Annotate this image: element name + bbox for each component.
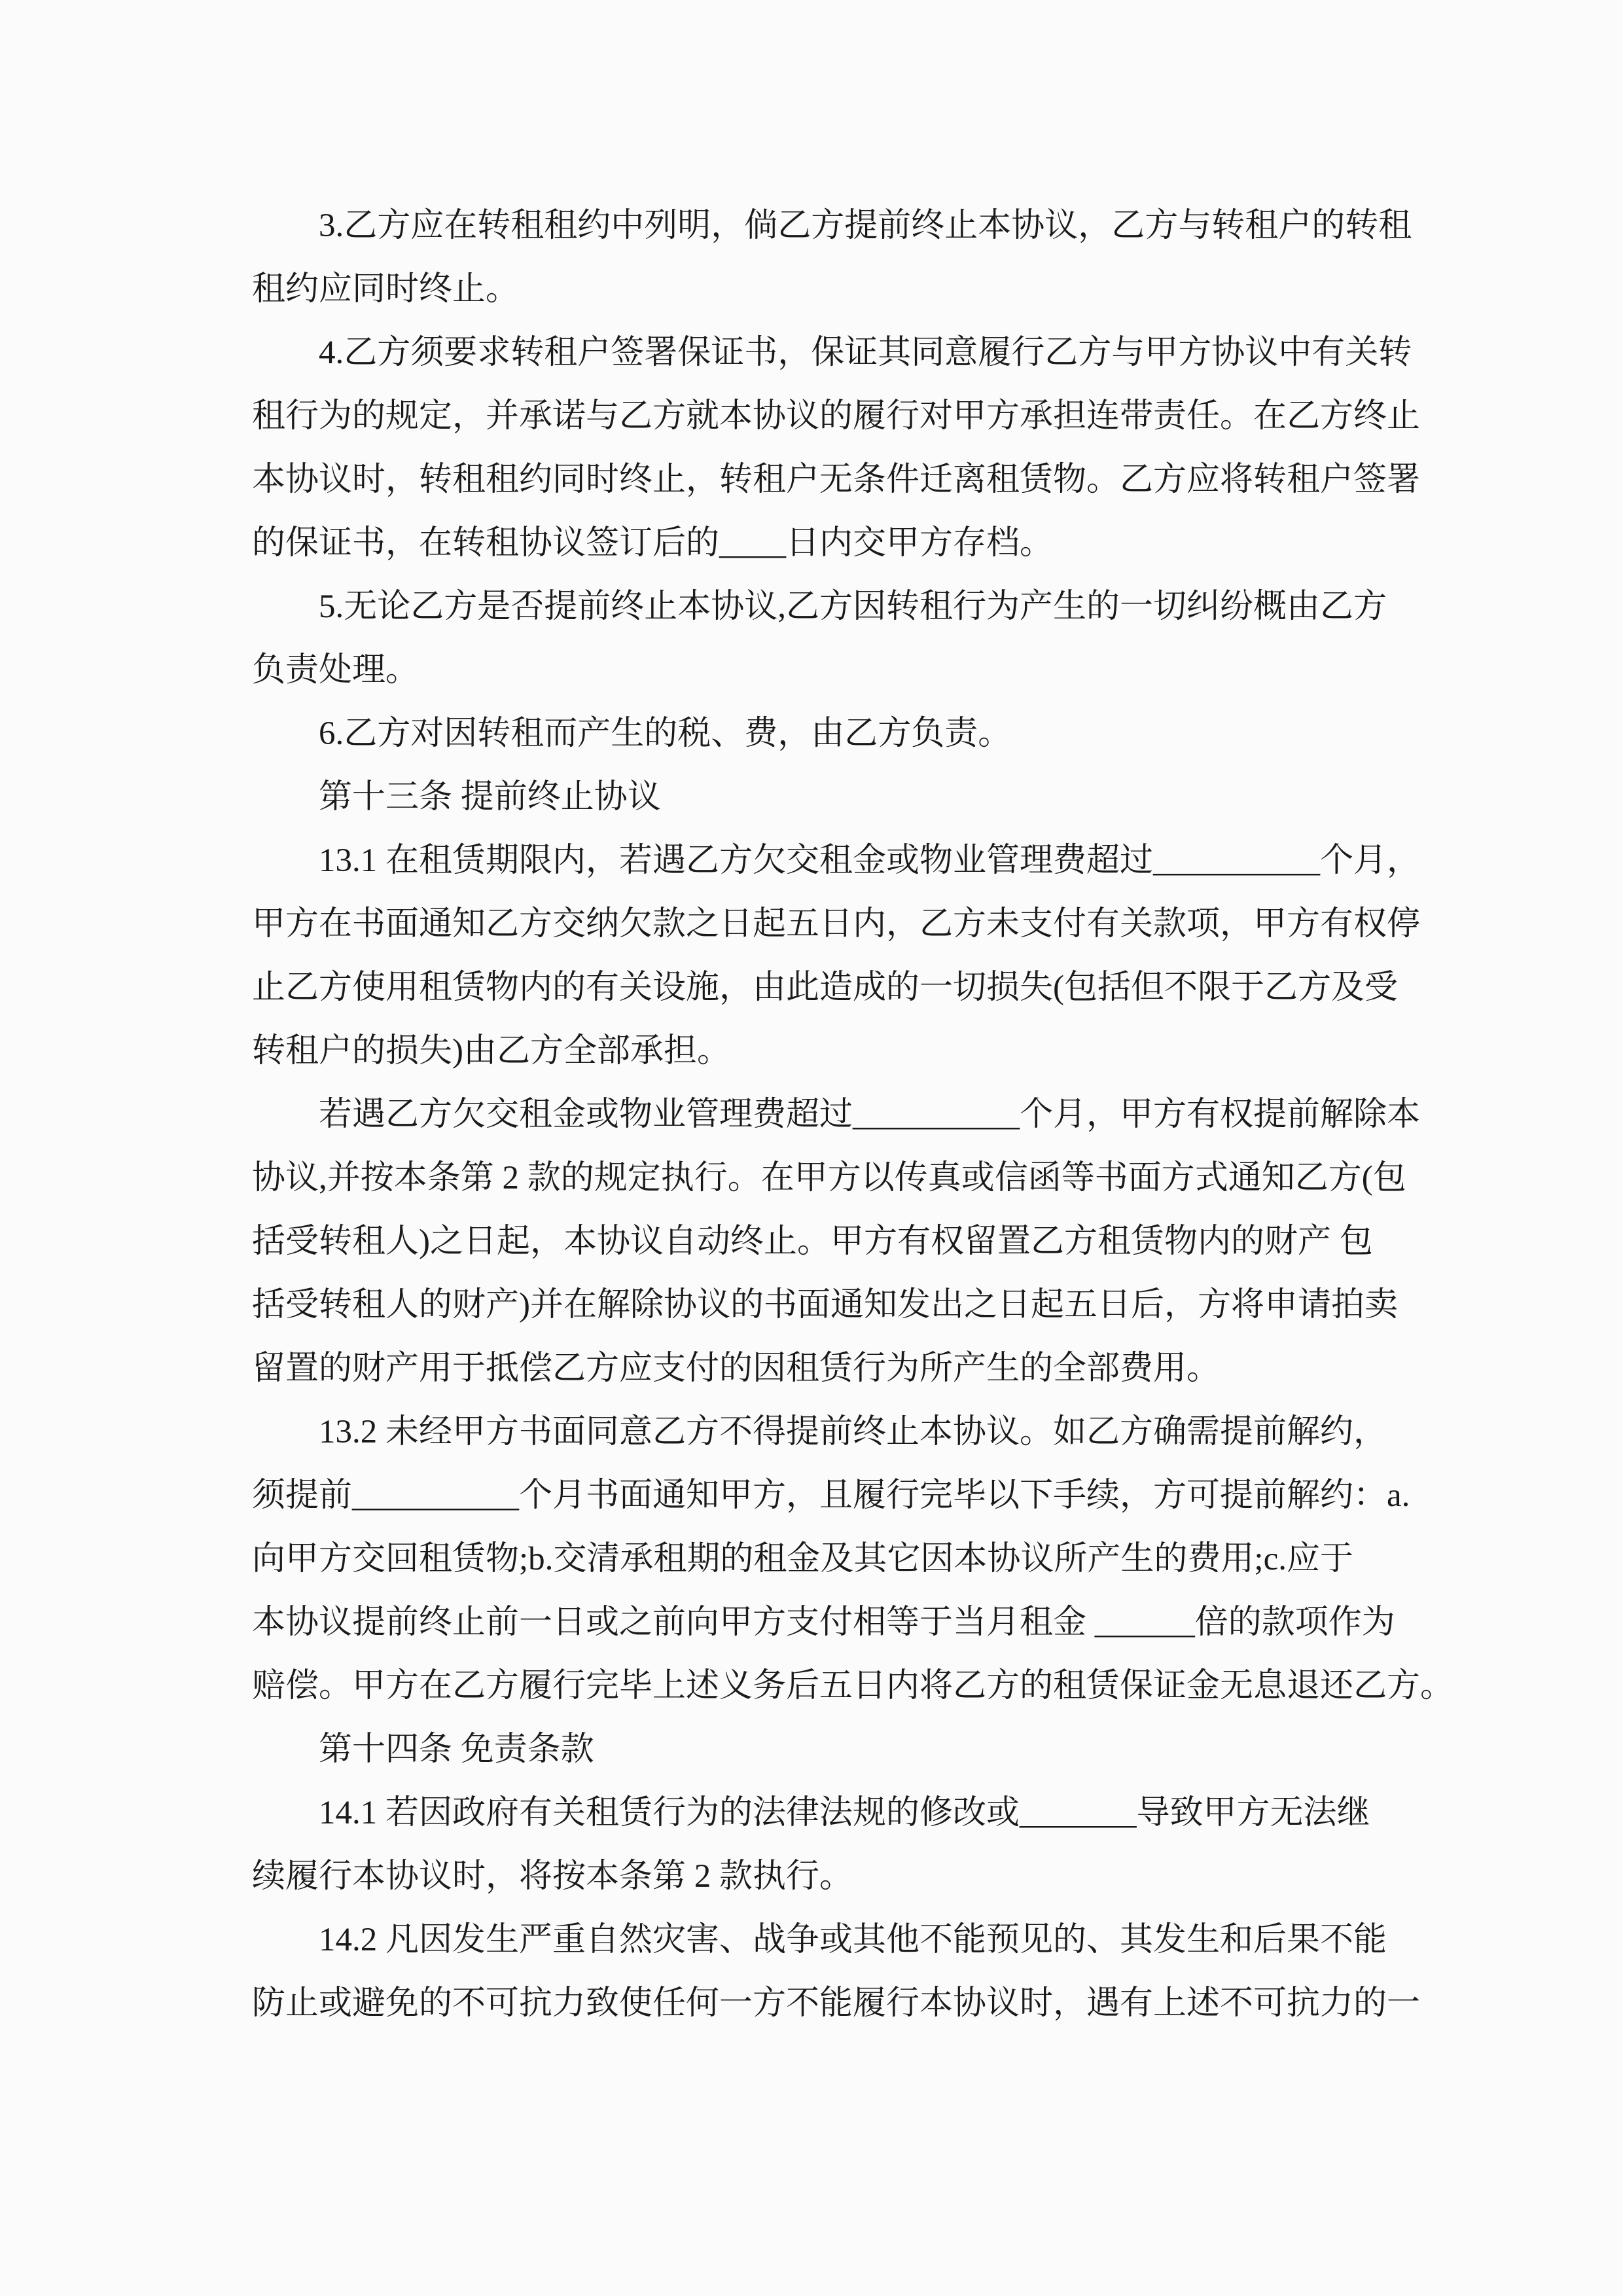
contract-line: 赔偿。甲方在乙方履行完毕上述义务后五日内将乙方的租赁保证金无息退还乙方。 <box>252 1655 1407 1718</box>
contract-line: 须提前__________个月书面通知甲方，且履行完毕以下手续，方可提前解约：a… <box>252 1464 1407 1528</box>
contract-line: 转租户的损失)由乙方全部承担。 <box>252 1020 1407 1083</box>
contract-line: 第十三条 提前终止协议 <box>252 766 1407 829</box>
contract-line: 租行为的规定，并承诺与乙方就本协议的履行对甲方承担连带责任。在乙方终止 <box>252 385 1407 448</box>
contract-line: 13.2 未经甲方书面同意乙方不得提前终止本协议。如乙方确需提前解约， <box>252 1401 1407 1464</box>
contract-line: 甲方在书面通知乙方交纳欠款之日起五日内，乙方未支付有关款项，甲方有权停 <box>252 893 1407 956</box>
contract-line: 负责处理。 <box>252 639 1407 702</box>
contract-line: 3.乙方应在转租租约中列明，倘乙方提前终止本协议，乙方与转租户的转租 <box>252 194 1407 258</box>
contract-text-block: 3.乙方应在转租租约中列明，倘乙方提前终止本协议，乙方与转租户的转租租约应同时终… <box>252 194 1407 2036</box>
contract-line: 留置的财产用于抵偿乙方应支付的因租赁行为所产生的全部费用。 <box>252 1337 1407 1401</box>
contract-line: 续履行本协议时，将按本条第 2 款执行。 <box>252 1845 1407 1909</box>
contract-line: 6.乙方对因转租而产生的税、费，由乙方负责。 <box>252 702 1407 766</box>
contract-line: 防止或避免的不可抗力致使任何一方不能履行本协议时，遇有上述不可抗力的一 <box>252 1972 1407 2036</box>
contract-line: 若遇乙方欠交租金或物业管理费超过__________个月，甲方有权提前解除本 <box>252 1083 1407 1147</box>
contract-line: 括受转租人)之日起，本协议自动终止。甲方有权留置乙方租赁物内的财产 包 <box>252 1210 1407 1274</box>
contract-page: 3.乙方应在转租租约中列明，倘乙方提前终止本协议，乙方与转租户的转租租约应同时终… <box>0 0 1623 2296</box>
contract-line: 第十四条 免责条款 <box>252 1718 1407 1782</box>
contract-line: 14.1 若因政府有关租赁行为的法律法规的修改或_______导致甲方无法继 <box>252 1782 1407 1845</box>
contract-line: 5.无论乙方是否提前终止本协议,乙方因转租行为产生的一切纠纷概由乙方 <box>252 575 1407 639</box>
contract-line: 的保证书，在转租协议签订后的____日内交甲方存档。 <box>252 512 1407 575</box>
contract-line: 括受转租人的财产)并在解除协议的书面通知发出之日起五日后，方将申请拍卖 <box>252 1274 1407 1337</box>
contract-line: 向甲方交回租赁物;b.交清承租期的租金及其它因本协议所产生的费用;c.应于 <box>252 1528 1407 1591</box>
contract-line: 4.乙方须要求转租户签署保证书，保证其同意履行乙方与甲方协议中有关转 <box>252 321 1407 385</box>
contract-line: 14.2 凡因发生严重自然灾害、战争或其他不能预见的、其发生和后果不能 <box>252 1909 1407 1972</box>
contract-line: 止乙方使用租赁物内的有关设施，由此造成的一切损失(包括但不限于乙方及受 <box>252 956 1407 1020</box>
contract-line: 协议,并按本条第 2 款的规定执行。在甲方以传真或信函等书面方式通知乙方(包 <box>252 1147 1407 1210</box>
contract-line: 本协议提前终止前一日或之前向甲方支付相等于当月租金 ______倍的款项作为 <box>252 1591 1407 1655</box>
contract-line: 本协议时，转租租约同时终止，转租户无条件迁离租赁物。乙方应将转租户签署 <box>252 448 1407 512</box>
contract-line: 租约应同时终止。 <box>252 258 1407 321</box>
contract-line: 13.1 在租赁期限内，若遇乙方欠交租金或物业管理费超过__________个月… <box>252 829 1407 893</box>
